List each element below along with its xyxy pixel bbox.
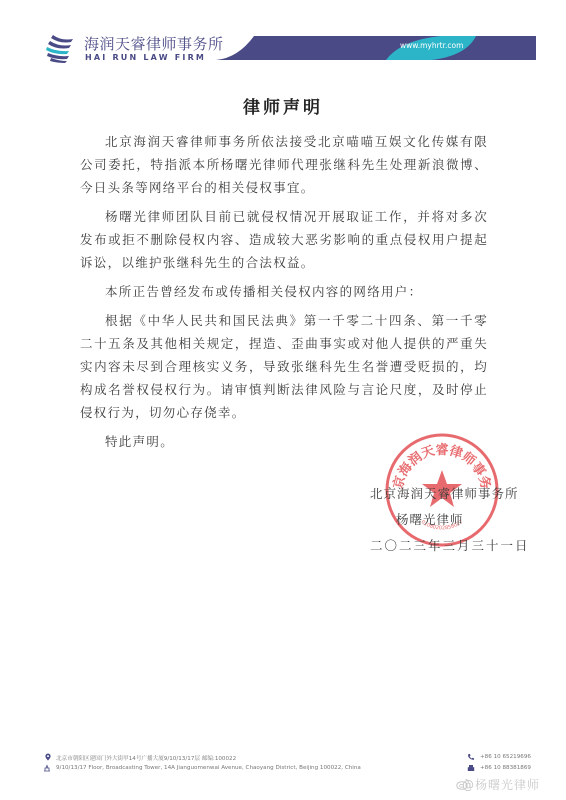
- signature-firm: 北京海润天睿律师事务所: [370, 484, 519, 502]
- building-icon: [43, 764, 51, 772]
- signature-date: 二〇二三年三月三十一日: [370, 536, 530, 554]
- paragraph-4: 根据《中华人民共和国民法典》第一千零二十四条、第一千零二十五条及其他相关规定，捏…: [80, 309, 488, 424]
- fax-number: +86 10 88381869: [480, 765, 531, 771]
- firm-name-en: HAI RUN LAW FIRM: [85, 53, 206, 62]
- letterhead: 海润天睿律师事务所 HAI RUN LAW FIRM www.myhrtr.co…: [0, 0, 566, 80]
- fax-icon: [467, 764, 475, 772]
- paragraph-1: 北京海润天睿律师事务所依法接受北京喵喵互娱文化传媒有限公司委托，特指派本所杨曙光…: [80, 130, 488, 199]
- firm-name-cn: 海润天睿律师事务所: [84, 33, 224, 54]
- wave-stripes-logo-icon: [45, 33, 75, 63]
- signature-lawyer: 杨曙光律师: [396, 510, 464, 528]
- document-title: 律师声明: [0, 93, 566, 118]
- paragraph-3: 本所正告曾经发布或传播相关侵权内容的网络用户：: [80, 280, 488, 303]
- telephone-number: +86 10 65219696: [480, 754, 531, 760]
- address-en: 9/10/13/17 Floor, Broadcasting Tower, 14…: [56, 765, 361, 771]
- website-link[interactable]: www.myhrtr.com: [400, 41, 463, 50]
- letterhead-footer: 北京市朝阳区建国门外大街甲14号广播大厦9/10/13/17层 邮编:10002…: [0, 750, 566, 800]
- address-cn: 北京市朝阳区建国门外大街甲14号广播大厦9/10/13/17层 邮编:10002…: [56, 754, 236, 762]
- location-pin-icon: [44, 753, 52, 761]
- phone-icon: [467, 753, 475, 761]
- statement-body: 北京海润天睿律师事务所依法接受北京喵喵互娱文化传媒有限公司委托，特指派本所杨曙光…: [80, 130, 488, 459]
- weibo-watermark: @杨曙光律师: [462, 776, 540, 793]
- paragraph-2: 杨曙光律师团队目前已就侵权情况开展取证工作，并将对多次发布或拒不删除侵权内容、造…: [80, 205, 488, 274]
- header-banner: [216, 36, 536, 60]
